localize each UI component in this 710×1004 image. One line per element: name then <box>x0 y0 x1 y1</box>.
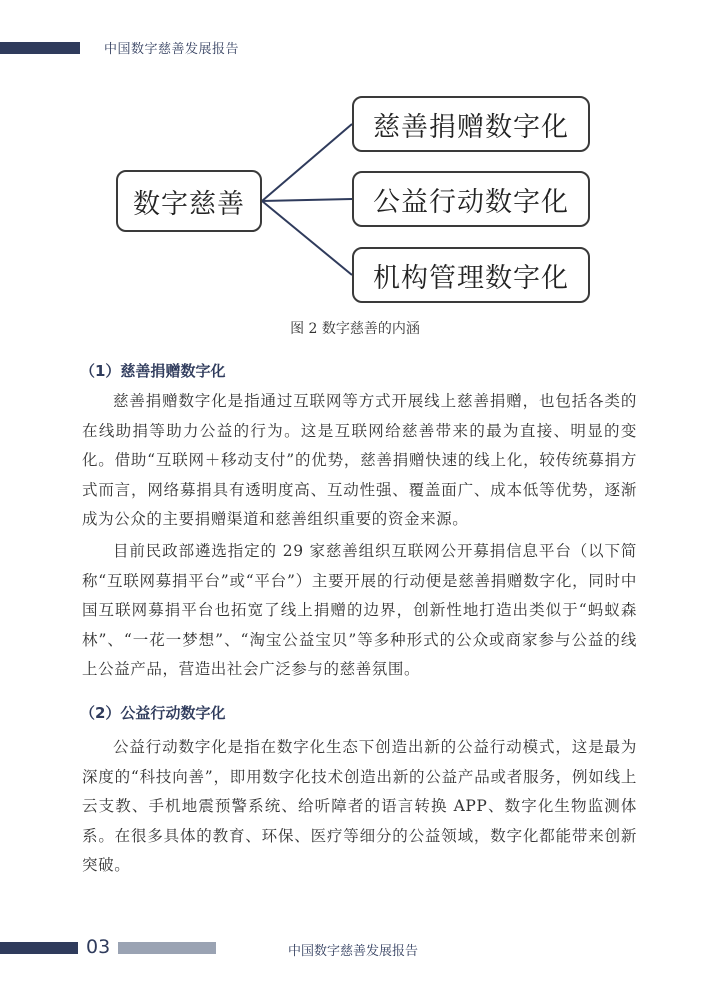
diagram-node-management: 机构管理数字化 <box>352 247 590 303</box>
paragraph: 公益行动数字化是指在数字化生态下创造出新的公益行动模式，这是最为深度的“科技向善… <box>82 733 637 881</box>
footer-accent-bar-light <box>118 942 216 954</box>
diagram-node-donation: 慈善捐赠数字化 <box>352 96 590 152</box>
figure-caption: 图 2 数字慈善的内涵 <box>0 318 710 338</box>
footer-title: 中国数字慈善发展报告 <box>288 940 418 959</box>
page-number: 03 <box>86 936 110 958</box>
diagram-root-node: 数字慈善 <box>116 170 262 232</box>
section-heading-donation: （1）慈善捐赠数字化 <box>80 360 225 381</box>
paragraph: 目前民政部遴选指定的 29 家慈善组织互联网公开募捐信息平台（以下简称“互联网募… <box>82 537 637 685</box>
paragraph: 慈善捐赠数字化是指通过互联网等方式开展线上慈善捐赠，也包括各类的在线助捐等助力公… <box>82 387 637 535</box>
footer-accent-bar <box>0 942 78 954</box>
diagram-node-action: 公益行动数字化 <box>352 171 590 227</box>
section-heading-action: （2）公益行动数字化 <box>80 702 225 723</box>
concept-diagram: 数字慈善 慈善捐赠数字化 公益行动数字化 机构管理数字化 <box>0 0 710 320</box>
